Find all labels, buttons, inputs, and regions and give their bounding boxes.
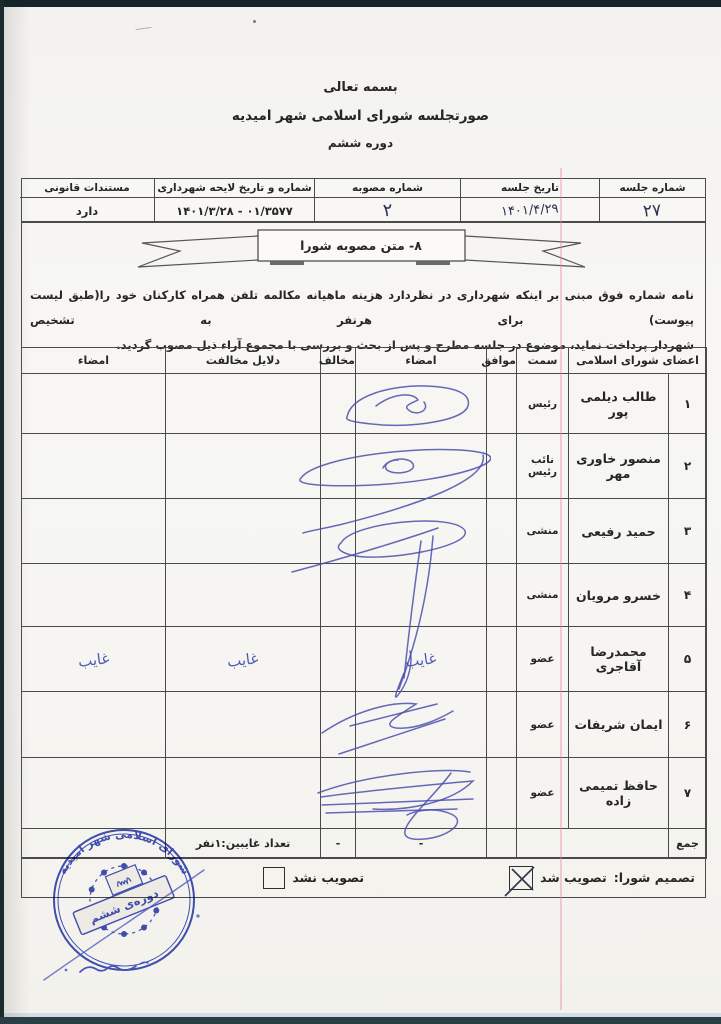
member-row: ۳ حمید رفیعی منشی [22,499,707,564]
member-row: ۵ محمدرضا آقاجری عضو غایب غایب غایب [22,627,707,692]
member-name: منصور خاوری مهر [569,434,669,499]
resolution-line-1: نامه شماره فوق مبنی بر اینکه شهرداری در … [30,283,694,333]
agree-cell [487,434,517,499]
col-oppose: مخالف [321,348,356,374]
member-name: حمید رفیعی [569,499,669,564]
resolution-number-value: ۲ [314,198,460,223]
oppose-cell [321,692,356,758]
scan-artifact-line [560,168,562,1010]
member-no: ۵ [669,627,707,692]
signature2-cell [22,374,166,434]
col-resolution-number: شماره مصوبه [314,179,460,198]
signature2-cell [22,564,166,627]
col-members: اعضای شورای اسلامی [569,348,707,374]
signature-cell [356,692,487,758]
agree-cell [487,692,517,758]
member-name: حافظ تمیمی زاده [569,758,669,829]
col-agree: موافق [487,348,517,374]
scan-edge-top [0,0,721,7]
member-no: ۳ [669,499,707,564]
signature2-cell [22,499,166,564]
signature-cell [356,374,487,434]
member-no: ۲ [669,434,707,499]
agree-cell [487,627,517,692]
member-row: ۲ منصور خاوری مهر نائب رئیس [22,434,707,499]
member-no: ۷ [669,758,707,829]
total-empty-cell [517,829,669,859]
term-label: دوره ششم [0,136,721,150]
not-approved-checkbox [263,867,285,889]
oppose-reason-cell [166,758,321,829]
member-row: ۶ ایمان شریفات عضو [22,692,707,758]
member-name: محمدرضا آقاجری [569,627,669,692]
signature2-cell [22,434,166,499]
scan-edge-left [0,0,4,1024]
session-number-value: ۲۷ [599,198,705,223]
agree-cell [487,564,517,627]
col-signature: امضاء [356,348,487,374]
agree-cell [487,374,517,434]
signature2-cell [22,758,166,829]
signature2-cell: غایب [22,627,166,692]
signature-cell [356,434,487,499]
oppose-cell [321,499,356,564]
absent-note: غایب [77,649,110,671]
ribbon-left-wing [138,236,258,267]
member-no: ۶ [669,692,707,758]
besmele-text: بسمه تعالی [0,80,721,95]
member-name: طالب دیلمی پور [569,374,669,434]
col-oppose-reasons: دلایل مخالفت [166,348,321,374]
member-no: ۴ [669,564,707,627]
signature-cell: غایب [356,627,487,692]
oppose-cell [321,758,356,829]
member-name: ایمان شریفات [569,692,669,758]
checkbox-x-mark [503,863,541,899]
document-header: بسمه تعالی صورتجلسه شورای اسلامی شهر امی… [0,80,721,150]
oppose-cell [321,627,356,692]
total-signature-dash: - [356,829,487,859]
oppose-cell [321,564,356,627]
oppose-reason-cell [166,434,321,499]
signature2-cell [22,692,166,758]
ribbon-fold-left [270,261,304,265]
signature-cell [356,499,487,564]
agree-cell [487,758,517,829]
member-row: ۴ خسرو مرویان منشی [22,564,707,627]
oppose-reason-cell: غایب [166,627,321,692]
member-no: ۱ [669,374,707,434]
approved-label: تصویب شد [540,870,607,885]
section-banner-ribbon: ۸- متن مصوبه شورا [128,227,593,275]
col-session-number: شماره جلسه [599,179,705,198]
col-session-date: تاریخ جلسه [460,179,599,198]
approved-checkbox [509,866,533,890]
agree-cell [487,499,517,564]
absent-note: غایب [226,649,259,671]
col-signature-2: امضاء [22,348,166,374]
page-title: صورتجلسه شورای اسلامی شهر امیدیه [0,108,721,124]
total-agree-cell [487,829,517,859]
signature-cell [356,564,487,627]
member-row: ۷ حافظ تمیمی زاده عضو [22,758,707,829]
pencil-mark [136,27,153,36]
banner-label: ۸- متن مصوبه شورا [300,238,422,253]
col-municipality-bill: شماره و تاریخ لایحه شهرداری [154,179,314,198]
absent-note: غایب [404,649,437,671]
ribbon-right-wing [465,236,585,267]
scanned-document-page: بسمه تعالی صورتجلسه شورای اسلامی شهر امی… [0,0,721,1024]
members-vote-table: اعضای شورای اسلامی سمت موافق امضاء مخالف… [21,347,707,859]
oppose-reason-cell [166,692,321,758]
oppose-cell [321,374,356,434]
members-table-header: اعضای شورای اسلامی سمت موافق امضاء مخالف… [22,348,707,374]
oppose-reason-cell [166,374,321,434]
oppose-cell [321,434,356,499]
member-row: ۱ طالب دیلمی پور رئیس [22,374,707,434]
session-info-table: شماره جلسه تاریخ جلسه شماره مصوبه شماره … [21,178,706,222]
municipality-bill-value: ۰۱/۳۵۷۷ - ۱۴۰۱/۳/۲۸ [154,198,314,223]
pencil-dot [253,20,256,23]
not-approved-label: تصویب نشد [292,870,364,885]
decision-label: تصمیم شورا: [614,870,695,885]
col-legal-docs: مستندات قانونی [20,179,154,198]
member-name: خسرو مرویان [569,564,669,627]
scan-edge-bottom [0,1017,721,1024]
oppose-reason-cell [166,564,321,627]
signature-cell [356,758,487,829]
legal-docs-value: دارد [20,198,154,223]
total-oppose-dash: - [321,829,356,859]
total-label: جمع [669,829,707,859]
oppose-reason-cell [166,499,321,564]
ribbon-fold-right [416,261,450,265]
council-stamp: شورای اسلامی شهر امیدیه دوره‌ی ششم [36,820,216,990]
session-date-value: ۱۴۰۱/۴/۲۹ [460,198,599,223]
